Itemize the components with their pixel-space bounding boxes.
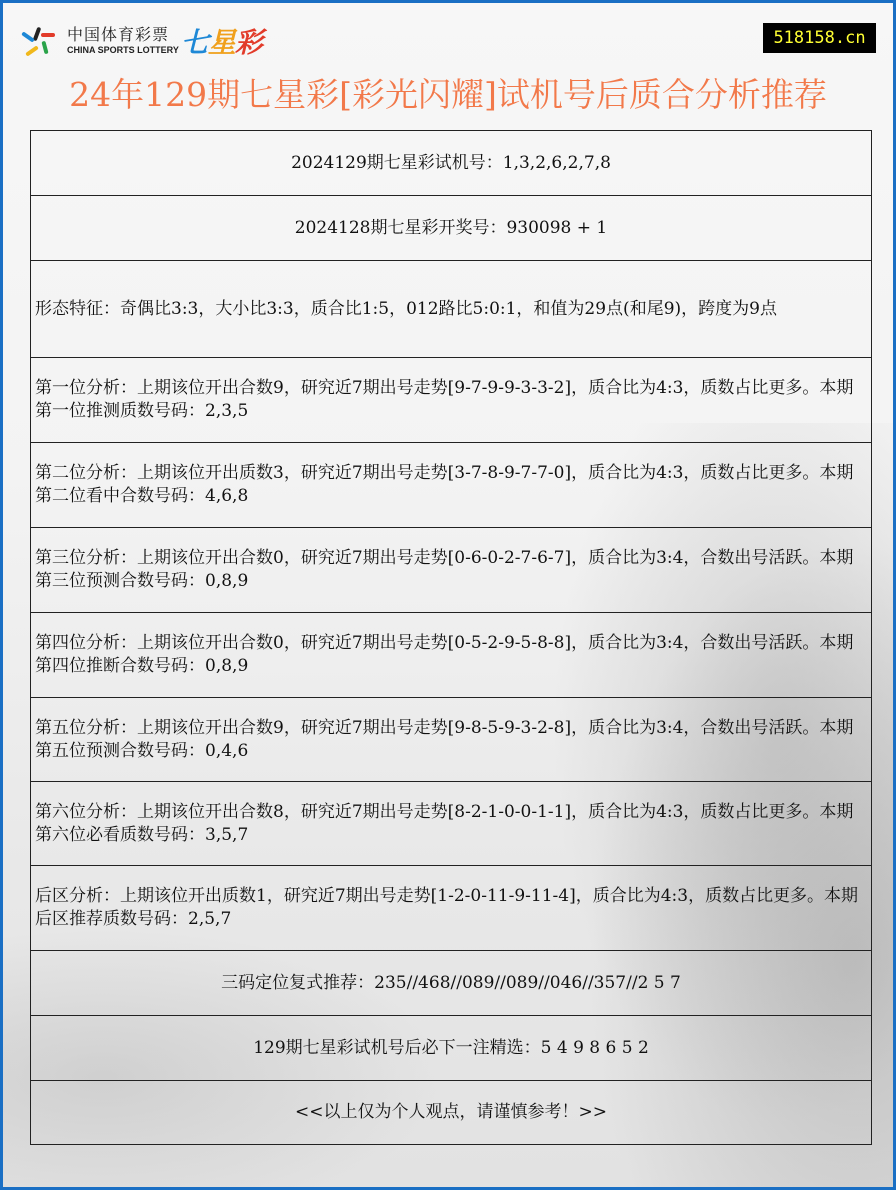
position-1-analysis-cell: 第一位分析：上期该位开出合数9，研究近7期出号走势[9-7-9-9-3-3-2]… bbox=[31, 358, 872, 443]
disclaimer-cell: <<以上仅为个人观点，请谨慎参考！>> bbox=[31, 1081, 872, 1145]
table-row: 2024128期七星彩开奖号：930098 + 1 bbox=[31, 196, 872, 261]
analysis-table: 2024129期七星彩试机号：1,3,2,6,2,7,8 2024128期七星彩… bbox=[30, 130, 872, 1145]
table-row: 第一位分析：上期该位开出合数9，研究近7期出号走势[9-7-9-9-3-3-2]… bbox=[31, 358, 872, 443]
table-row: 后区分析：上期该位开出质数1，研究近7期出号走势[1-2-0-11-9-11-4… bbox=[31, 866, 872, 951]
table-row: 形态特征：奇偶比3:3，大小比3:3，质合比1:5，012路比5:0:1，和值为… bbox=[31, 261, 872, 358]
table-row: 2024129期七星彩试机号：1,3,2,6,2,7,8 bbox=[31, 131, 872, 196]
page-title: 24年129期七星彩[彩光闪耀]试机号后质合分析推荐 bbox=[3, 69, 893, 116]
site-badge[interactable]: 518158.cn bbox=[763, 23, 876, 53]
position-5-analysis-cell: 第五位分析：上期该位开出合数9，研究近7期出号走势[9-8-5-9-3-2-8]… bbox=[31, 698, 872, 782]
page-frame: 中国体育彩票 CHINA SPORTS LOTTERY 七星彩 518158.c… bbox=[3, 3, 893, 1187]
trial-number-cell: 2024129期七星彩试机号：1,3,2,6,2,7,8 bbox=[31, 131, 872, 196]
table-row: 129期七星彩试机号后必下一注精选：5 4 9 8 6 5 2 bbox=[31, 1016, 872, 1081]
position-4-analysis-cell: 第四位分析：上期该位开出合数0，研究近7期出号走势[0-5-2-9-5-8-8]… bbox=[31, 613, 872, 698]
three-code-recommendation-cell: 三码定位复式推荐：235//468//089//089//046//357//2… bbox=[31, 951, 872, 1016]
logo-brand-cn: 中国体育彩票 bbox=[67, 27, 179, 43]
pattern-features-cell: 形态特征：奇偶比3:3，大小比3:3，质合比1:5，012路比5:0:1，和值为… bbox=[31, 261, 872, 358]
table-row: 三码定位复式推荐：235//468//089//089//046//357//2… bbox=[31, 951, 872, 1016]
position-3-analysis-cell: 第三位分析：上期该位开出合数0，研究近7期出号走势[0-6-0-2-7-6-7]… bbox=[31, 528, 872, 613]
sports-lottery-star-icon bbox=[21, 23, 59, 59]
logo-game-name: 七星彩 bbox=[181, 21, 262, 61]
table-row: 第五位分析：上期该位开出合数9，研究近7期出号走势[9-8-5-9-3-2-8]… bbox=[31, 698, 872, 782]
logo-text: 中国体育彩票 CHINA SPORTS LOTTERY bbox=[67, 27, 179, 55]
logo-brand-en: CHINA SPORTS LOTTERY bbox=[67, 46, 179, 55]
table-row: <<以上仅为个人观点，请谨慎参考！>> bbox=[31, 1081, 872, 1145]
lottery-logo: 中国体育彩票 CHINA SPORTS LOTTERY 七星彩 bbox=[21, 21, 262, 61]
position-2-analysis-cell: 第二位分析：上期该位开出质数3，研究近7期出号走势[3-7-8-9-7-7-0]… bbox=[31, 443, 872, 528]
back-zone-analysis-cell: 后区分析：上期该位开出质数1，研究近7期出号走势[1-2-0-11-9-11-4… bbox=[31, 866, 872, 951]
table-row: 第六位分析：上期该位开出合数8，研究近7期出号走势[8-2-1-0-0-1-1]… bbox=[31, 782, 872, 866]
previous-draw-cell: 2024128期七星彩开奖号：930098 + 1 bbox=[31, 196, 872, 261]
table-row: 第三位分析：上期该位开出合数0，研究近7期出号走势[0-6-0-2-7-6-7]… bbox=[31, 528, 872, 613]
table-row: 第四位分析：上期该位开出合数0，研究近7期出号走势[0-5-2-9-5-8-8]… bbox=[31, 613, 872, 698]
table-row: 第二位分析：上期该位开出质数3，研究近7期出号走势[3-7-8-9-7-7-0]… bbox=[31, 443, 872, 528]
position-6-analysis-cell: 第六位分析：上期该位开出合数8，研究近7期出号走势[8-2-1-0-0-1-1]… bbox=[31, 782, 872, 866]
featured-pick-cell: 129期七星彩试机号后必下一注精选：5 4 9 8 6 5 2 bbox=[31, 1016, 872, 1081]
